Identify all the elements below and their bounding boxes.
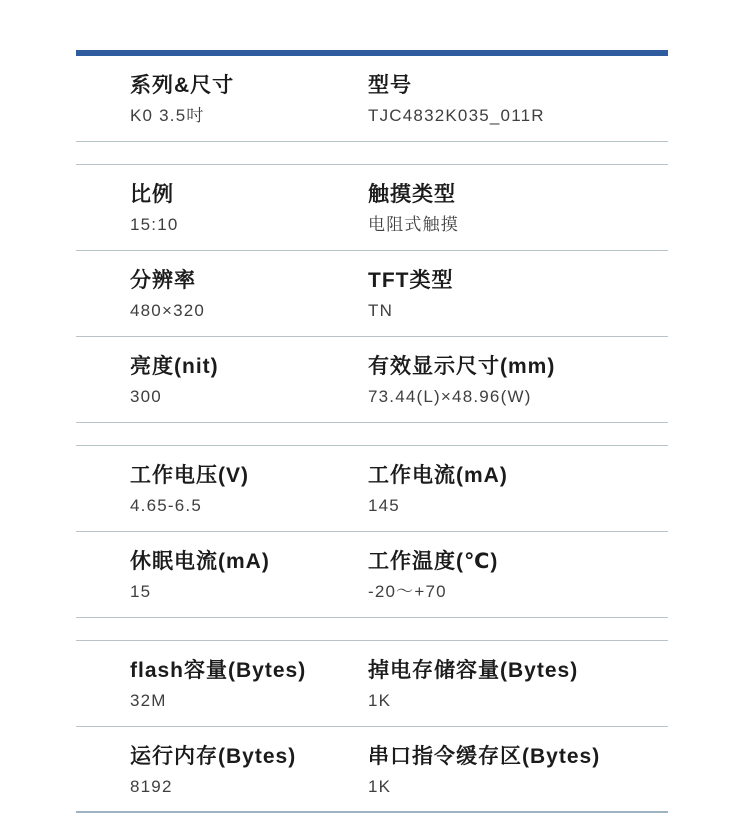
table-row: 运行内存(Bytes) 8192 串口指令缓存区(Bytes) 1K bbox=[76, 727, 668, 813]
spec-label: 型号 bbox=[368, 73, 668, 99]
spec-label: TFT类型 bbox=[368, 268, 668, 294]
spec-label: 休眠电流(mA) bbox=[130, 549, 368, 575]
spec-label: 有效显示尺寸(mm) bbox=[368, 354, 668, 380]
spec-group-electrical: 工作电压(V) 4.65-6.5 工作电流(mA) 145 休眠电流(mA) 1… bbox=[76, 445, 668, 618]
table-row: 亮度(nit) 300 有效显示尺寸(mm) 73.44(L)×48.96(W) bbox=[76, 337, 668, 423]
spec-label: 掉电存储容量(Bytes) bbox=[368, 658, 668, 684]
spec-group-memory: flash容量(Bytes) 32M 掉电存储容量(Bytes) 1K 运行内存… bbox=[76, 640, 668, 813]
spec-cell-sleep-current: 休眠电流(mA) 15 bbox=[130, 549, 368, 617]
spec-value: 480×320 bbox=[130, 300, 368, 321]
spec-label: flash容量(Bytes) bbox=[130, 658, 368, 684]
spec-cell-eeprom: 掉电存储容量(Bytes) 1K bbox=[368, 658, 668, 726]
spec-label: 亮度(nit) bbox=[130, 354, 368, 380]
spec-value: 73.44(L)×48.96(W) bbox=[368, 386, 668, 407]
table-row: flash容量(Bytes) 32M 掉电存储容量(Bytes) 1K bbox=[76, 641, 668, 727]
spec-value: K0 3.5吋 bbox=[130, 105, 368, 126]
spec-cell-model: 型号 TJC4832K035_011R bbox=[368, 73, 668, 141]
spec-value: 1K bbox=[368, 690, 668, 711]
spec-cell-series-size: 系列&尺寸 K0 3.5吋 bbox=[130, 73, 368, 141]
spec-cell-flash: flash容量(Bytes) 32M bbox=[130, 658, 368, 726]
spec-group-identity: 系列&尺寸 K0 3.5吋 型号 TJC4832K035_011R bbox=[76, 56, 668, 142]
spec-group-display: 比例 15:10 触摸类型 电阻式触摸 分辨率 480×320 TFT类型 TN bbox=[76, 164, 668, 423]
spec-value: TN bbox=[368, 300, 668, 321]
table-row: 比例 15:10 触摸类型 电阻式触摸 bbox=[76, 165, 668, 251]
spec-label: 分辨率 bbox=[130, 268, 368, 294]
spec-label: 比例 bbox=[130, 182, 368, 208]
spec-value: 300 bbox=[130, 386, 368, 407]
spec-value: 电阻式触摸 bbox=[368, 214, 668, 235]
spec-value: TJC4832K035_011R bbox=[368, 105, 668, 126]
spec-cell-uart-buffer: 串口指令缓存区(Bytes) 1K bbox=[368, 744, 668, 811]
spec-cell-touch-type: 触摸类型 电阻式触摸 bbox=[368, 182, 668, 250]
spec-cell-ram: 运行内存(Bytes) 8192 bbox=[130, 744, 368, 811]
spec-label: 系列&尺寸 bbox=[130, 73, 368, 99]
spec-label: 工作电流(mA) bbox=[368, 463, 668, 489]
spec-label: 工作电压(V) bbox=[130, 463, 368, 489]
spec-value: 4.65-6.5 bbox=[130, 495, 368, 516]
spec-value: 145 bbox=[368, 495, 668, 516]
table-row: 工作电压(V) 4.65-6.5 工作电流(mA) 145 bbox=[76, 446, 668, 532]
spec-label: 工作温度(℃) bbox=[368, 549, 668, 575]
spec-value: 32M bbox=[130, 690, 368, 711]
spec-value: 8192 bbox=[130, 776, 368, 797]
spec-value: 15:10 bbox=[130, 214, 368, 235]
spec-cell-current: 工作电流(mA) 145 bbox=[368, 463, 668, 531]
spec-cell-brightness: 亮度(nit) 300 bbox=[130, 354, 368, 422]
spec-label: 触摸类型 bbox=[368, 182, 668, 208]
spec-value: 15 bbox=[130, 581, 368, 602]
spec-cell-tft-type: TFT类型 TN bbox=[368, 268, 668, 336]
spec-value: -20～+70 bbox=[368, 581, 668, 602]
table-row: 分辨率 480×320 TFT类型 TN bbox=[76, 251, 668, 337]
spec-cell-temperature: 工作温度(℃) -20～+70 bbox=[368, 549, 668, 617]
spec-cell-resolution: 分辨率 480×320 bbox=[130, 268, 368, 336]
spec-cell-ratio: 比例 15:10 bbox=[130, 182, 368, 250]
spec-label: 运行内存(Bytes) bbox=[130, 744, 368, 770]
spec-table: 系列&尺寸 K0 3.5吋 型号 TJC4832K035_011R 比例 15:… bbox=[76, 50, 668, 813]
spec-label: 串口指令缓存区(Bytes) bbox=[368, 744, 668, 770]
spec-value: 1K bbox=[368, 776, 668, 797]
spec-cell-voltage: 工作电压(V) 4.65-6.5 bbox=[130, 463, 368, 531]
table-row: 系列&尺寸 K0 3.5吋 型号 TJC4832K035_011R bbox=[76, 56, 668, 142]
spec-sheet-page: 系列&尺寸 K0 3.5吋 型号 TJC4832K035_011R 比例 15:… bbox=[0, 0, 750, 833]
table-row: 休眠电流(mA) 15 工作温度(℃) -20～+70 bbox=[76, 532, 668, 618]
spec-cell-active-area: 有效显示尺寸(mm) 73.44(L)×48.96(W) bbox=[368, 354, 668, 422]
